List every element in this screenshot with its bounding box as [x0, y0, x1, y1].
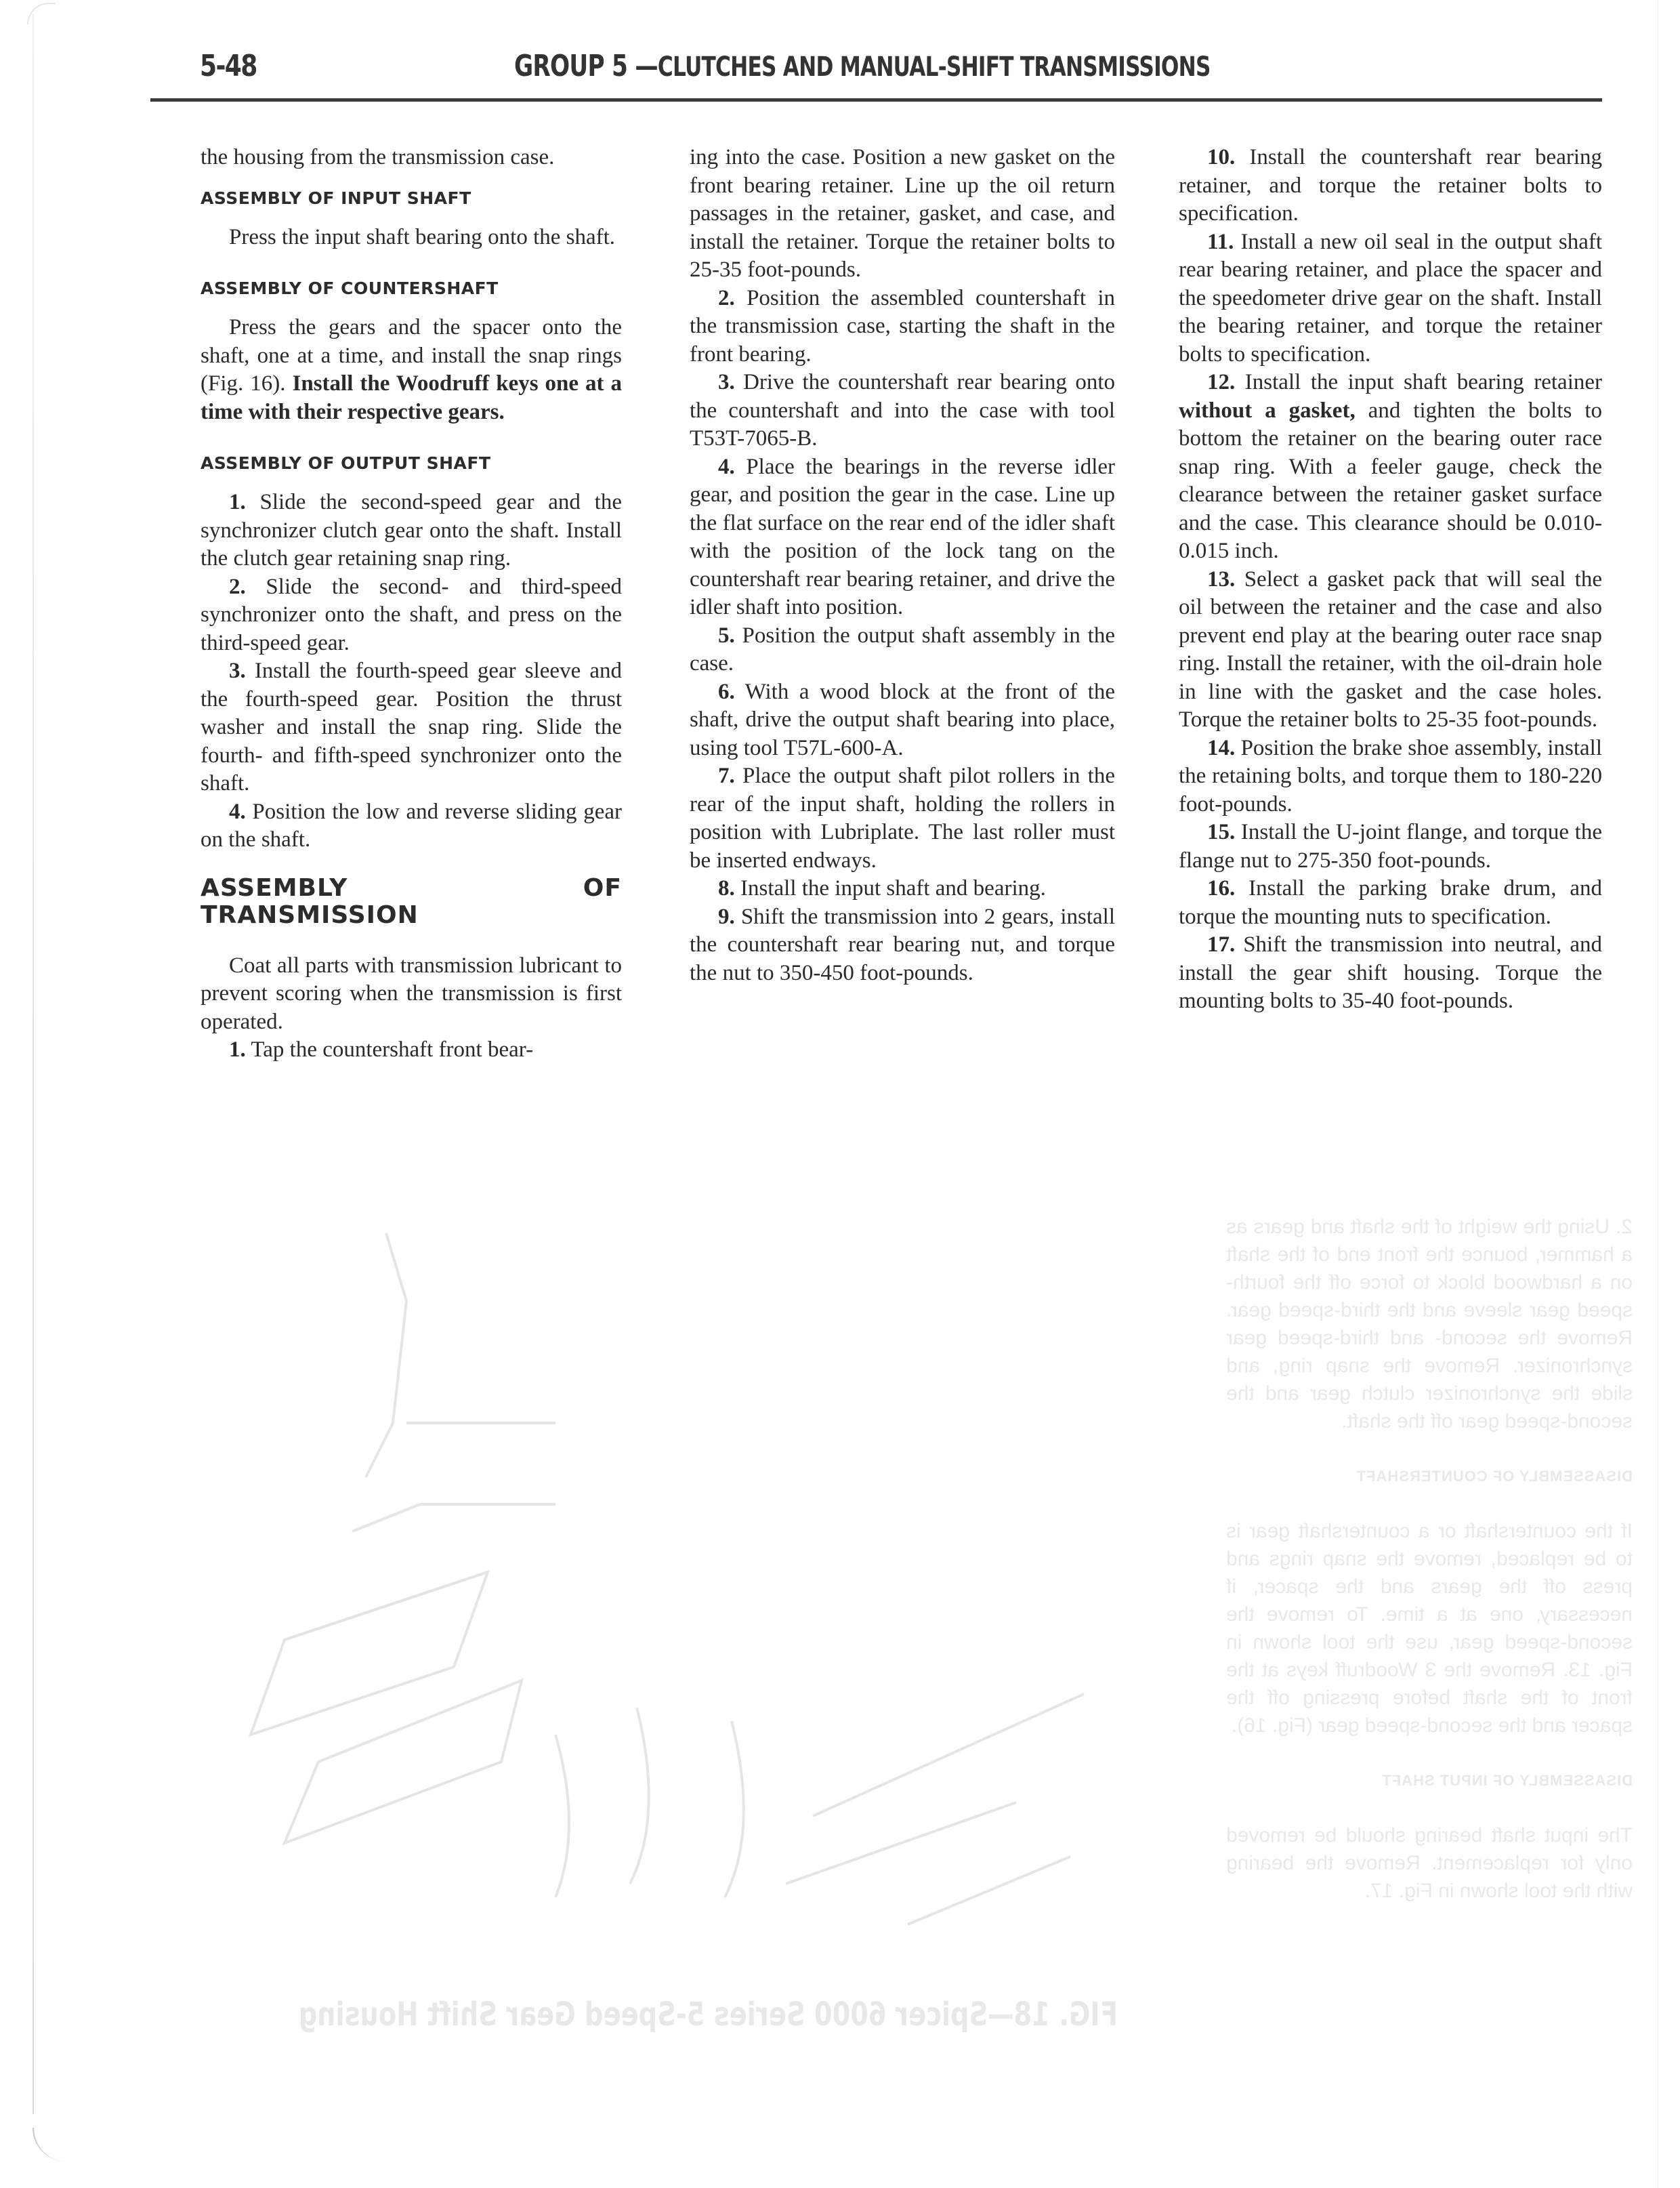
step-text: Install the fourth-speed gear sleeve and… — [201, 659, 622, 796]
transmission-step: 5. Position the output shaft assembly in… — [690, 622, 1115, 678]
step-number: 2. — [229, 575, 246, 599]
step-number: 3. — [718, 370, 735, 394]
text-column-1: the housing from the transmission case. … — [201, 144, 622, 1065]
heading-assembly-output-shaft: ASSEMBLY OF OUTPUT SHAFT — [201, 453, 622, 474]
step-number: 8. — [718, 876, 735, 901]
step-number: 3. — [229, 659, 246, 683]
step-number: 15. — [1207, 820, 1235, 844]
step-number: 12. — [1207, 370, 1235, 394]
header-title: GROUP 5 —CLUTCHES AND MANUAL-SHIFT TRANS… — [514, 49, 1211, 83]
text-column-3: 10. Install the countershaft rear bearin… — [1179, 144, 1602, 1016]
transmission-step: 13. Select a gasket pack that will seal … — [1179, 566, 1602, 735]
output-step: 2. Slide the second- and third-speed syn… — [201, 573, 622, 658]
step-text: With a wood block at the front of the sh… — [690, 680, 1115, 760]
step-text: Select a gasket pack that will seal the … — [1179, 567, 1602, 732]
input-shaft-paragraph: Press the input shaft bearing onto the s… — [201, 224, 622, 252]
step-number: 16. — [1207, 876, 1235, 901]
transmission-intro: Coat all parts with transmission lubrica… — [201, 952, 622, 1037]
transmission-step: 7. Place the output shaft pilot rollers … — [690, 762, 1115, 875]
step-number: 4. — [718, 455, 735, 479]
bleed-figure-caption: FIG. 18—Spicer 6000 Series 5-Speed Gear … — [299, 1996, 1118, 2034]
step-number: 9. — [718, 905, 735, 929]
step-text: Place the output shaft pilot rollers in … — [690, 764, 1115, 873]
step-text: Install the parking brake drum, and torq… — [1179, 876, 1602, 929]
section-title: CLUTCHES AND MANUAL-SHIFT TRANSMISSIONS — [658, 51, 1211, 83]
intro-paragraph: the housing from the transmission case. — [201, 144, 622, 172]
page-bottom-corner — [33, 2128, 68, 2162]
step-number: 13. — [1207, 567, 1235, 592]
step-number: 1. — [229, 1037, 246, 1062]
heading-assembly-transmission: ASSEMBLY OF TRANSMISSION — [201, 875, 622, 929]
step-text: Install a new oil seal in the output sha… — [1179, 230, 1602, 367]
bleed-paragraph: 2. Using the weight of the shaft and gea… — [1226, 1213, 1633, 1435]
transmission-step: 1. Tap the countershaft front bear- — [201, 1036, 622, 1065]
group-label: GROUP 5 — [514, 49, 627, 83]
bleed-paragraph: If the countershaft or a countershaft ge… — [1226, 1517, 1633, 1739]
bleed-heading: DISASSEMBLY OF COUNTERSHAFT — [1226, 1462, 1633, 1490]
transmission-step: 15. Install the U-joint flange, and torq… — [1179, 819, 1602, 875]
step-number: 7. — [718, 764, 735, 788]
step-text: Place the bearings in the reverse idler … — [690, 455, 1115, 620]
transmission-step: 16. Install the parking brake drum, and … — [1179, 875, 1602, 931]
heading-assembly-input-shaft: ASSEMBLY OF INPUT SHAFT — [201, 188, 622, 209]
output-step: 1. Slide the second-speed gear and the s… — [201, 489, 622, 573]
step-number: 11. — [1207, 230, 1234, 254]
transmission-step: 9. Shift the transmission into 2 gears, … — [690, 903, 1115, 988]
transmission-step: 17. Shift the transmission into neutral,… — [1179, 931, 1602, 1016]
heading-assembly-countershaft: ASSEMBLY OF COUNTERSHAFT — [201, 278, 622, 299]
step-continuation: ing into the case. Position a new gasket… — [690, 144, 1115, 285]
step-text: Install the input shaft bearing retainer — [1245, 370, 1602, 394]
step-text: Drive the countershaft rear bearing onto… — [690, 370, 1115, 451]
bleed-exploded-diagram — [149, 1220, 1165, 1965]
bleed-text-column: 2. Using the weight of the shaft and gea… — [1226, 1213, 1633, 1905]
text-column-2: ing into the case. Position a new gasket… — [690, 144, 1115, 987]
bleed-paragraph: The input shaft bearing should be remove… — [1226, 1821, 1633, 1905]
step-text: Install the U-joint flange, and torque t… — [1179, 820, 1602, 873]
step-text: Install the input shaft and bearing. — [740, 876, 1046, 901]
step-text: Install the countershaft rear bearing re… — [1179, 145, 1602, 226]
output-step: 4. Position the low and reverse sliding … — [201, 798, 622, 854]
step-number: 5. — [718, 623, 735, 648]
bold-warning: without a gasket, — [1179, 398, 1356, 423]
step-text: Shift the transmission into neutral, and… — [1179, 932, 1602, 1013]
transmission-step: 11. Install a new oil seal in the output… — [1179, 228, 1602, 369]
countershaft-paragraph: Press the gears and the spacer onto the … — [201, 314, 622, 426]
header-rule — [150, 98, 1602, 102]
transmission-step: 2. Position the assembled countershaft i… — [690, 285, 1115, 369]
transmission-step: 3. Drive the countershaft rear bearing o… — [690, 369, 1115, 453]
step-number: 2. — [718, 286, 735, 310]
step-text: Shift the transmission into 2 gears, ins… — [690, 905, 1115, 985]
step-text: Position the brake shoe assembly, instal… — [1179, 736, 1602, 817]
page-left-edge — [33, 14, 34, 2114]
step-text: and tighten the bolts to bottom the reta… — [1179, 398, 1602, 564]
page-right-edge — [1658, 0, 1658, 2188]
transmission-step: 10. Install the countershaft rear bearin… — [1179, 144, 1602, 228]
step-number: 6. — [718, 680, 735, 704]
step-text: Tap the countershaft front bear- — [251, 1037, 533, 1062]
transmission-step: 14. Position the brake shoe assembly, in… — [1179, 735, 1602, 819]
step-number: 14. — [1207, 736, 1235, 760]
transmission-step: 8. Install the input shaft and bearing. — [690, 875, 1115, 903]
step-number: 1. — [229, 490, 246, 514]
step-text: Position the assembled countershaft in t… — [690, 286, 1115, 367]
bleed-heading: DISASSEMBLY OF INPUT SHAFT — [1226, 1767, 1633, 1794]
transmission-step: 12. Install the input shaft bearing reta… — [1179, 369, 1602, 566]
step-text: Slide the second-speed gear and the sync… — [201, 490, 622, 571]
step-number: 4. — [229, 800, 246, 824]
page-corner-curl — [27, 3, 56, 24]
transmission-step: 4. Place the bearings in the reverse idl… — [690, 453, 1115, 622]
step-text: Position the low and reverse sliding gea… — [201, 800, 622, 852]
transmission-step: 6. With a wood block at the front of the… — [690, 678, 1115, 763]
step-number: 17. — [1207, 932, 1235, 957]
header-dash: — — [635, 49, 658, 83]
page-number: 5-48 — [200, 49, 257, 83]
step-number: 10. — [1207, 145, 1235, 169]
step-text: Position the output shaft assembly in th… — [690, 623, 1115, 676]
running-header: 5-48 GROUP 5 —CLUTCHES AND MANUAL-SHIFT … — [200, 49, 1602, 89]
output-step: 3. Install the fourth-speed gear sleeve … — [201, 657, 622, 798]
step-text: Slide the second- and third-speed synchr… — [201, 575, 622, 655]
